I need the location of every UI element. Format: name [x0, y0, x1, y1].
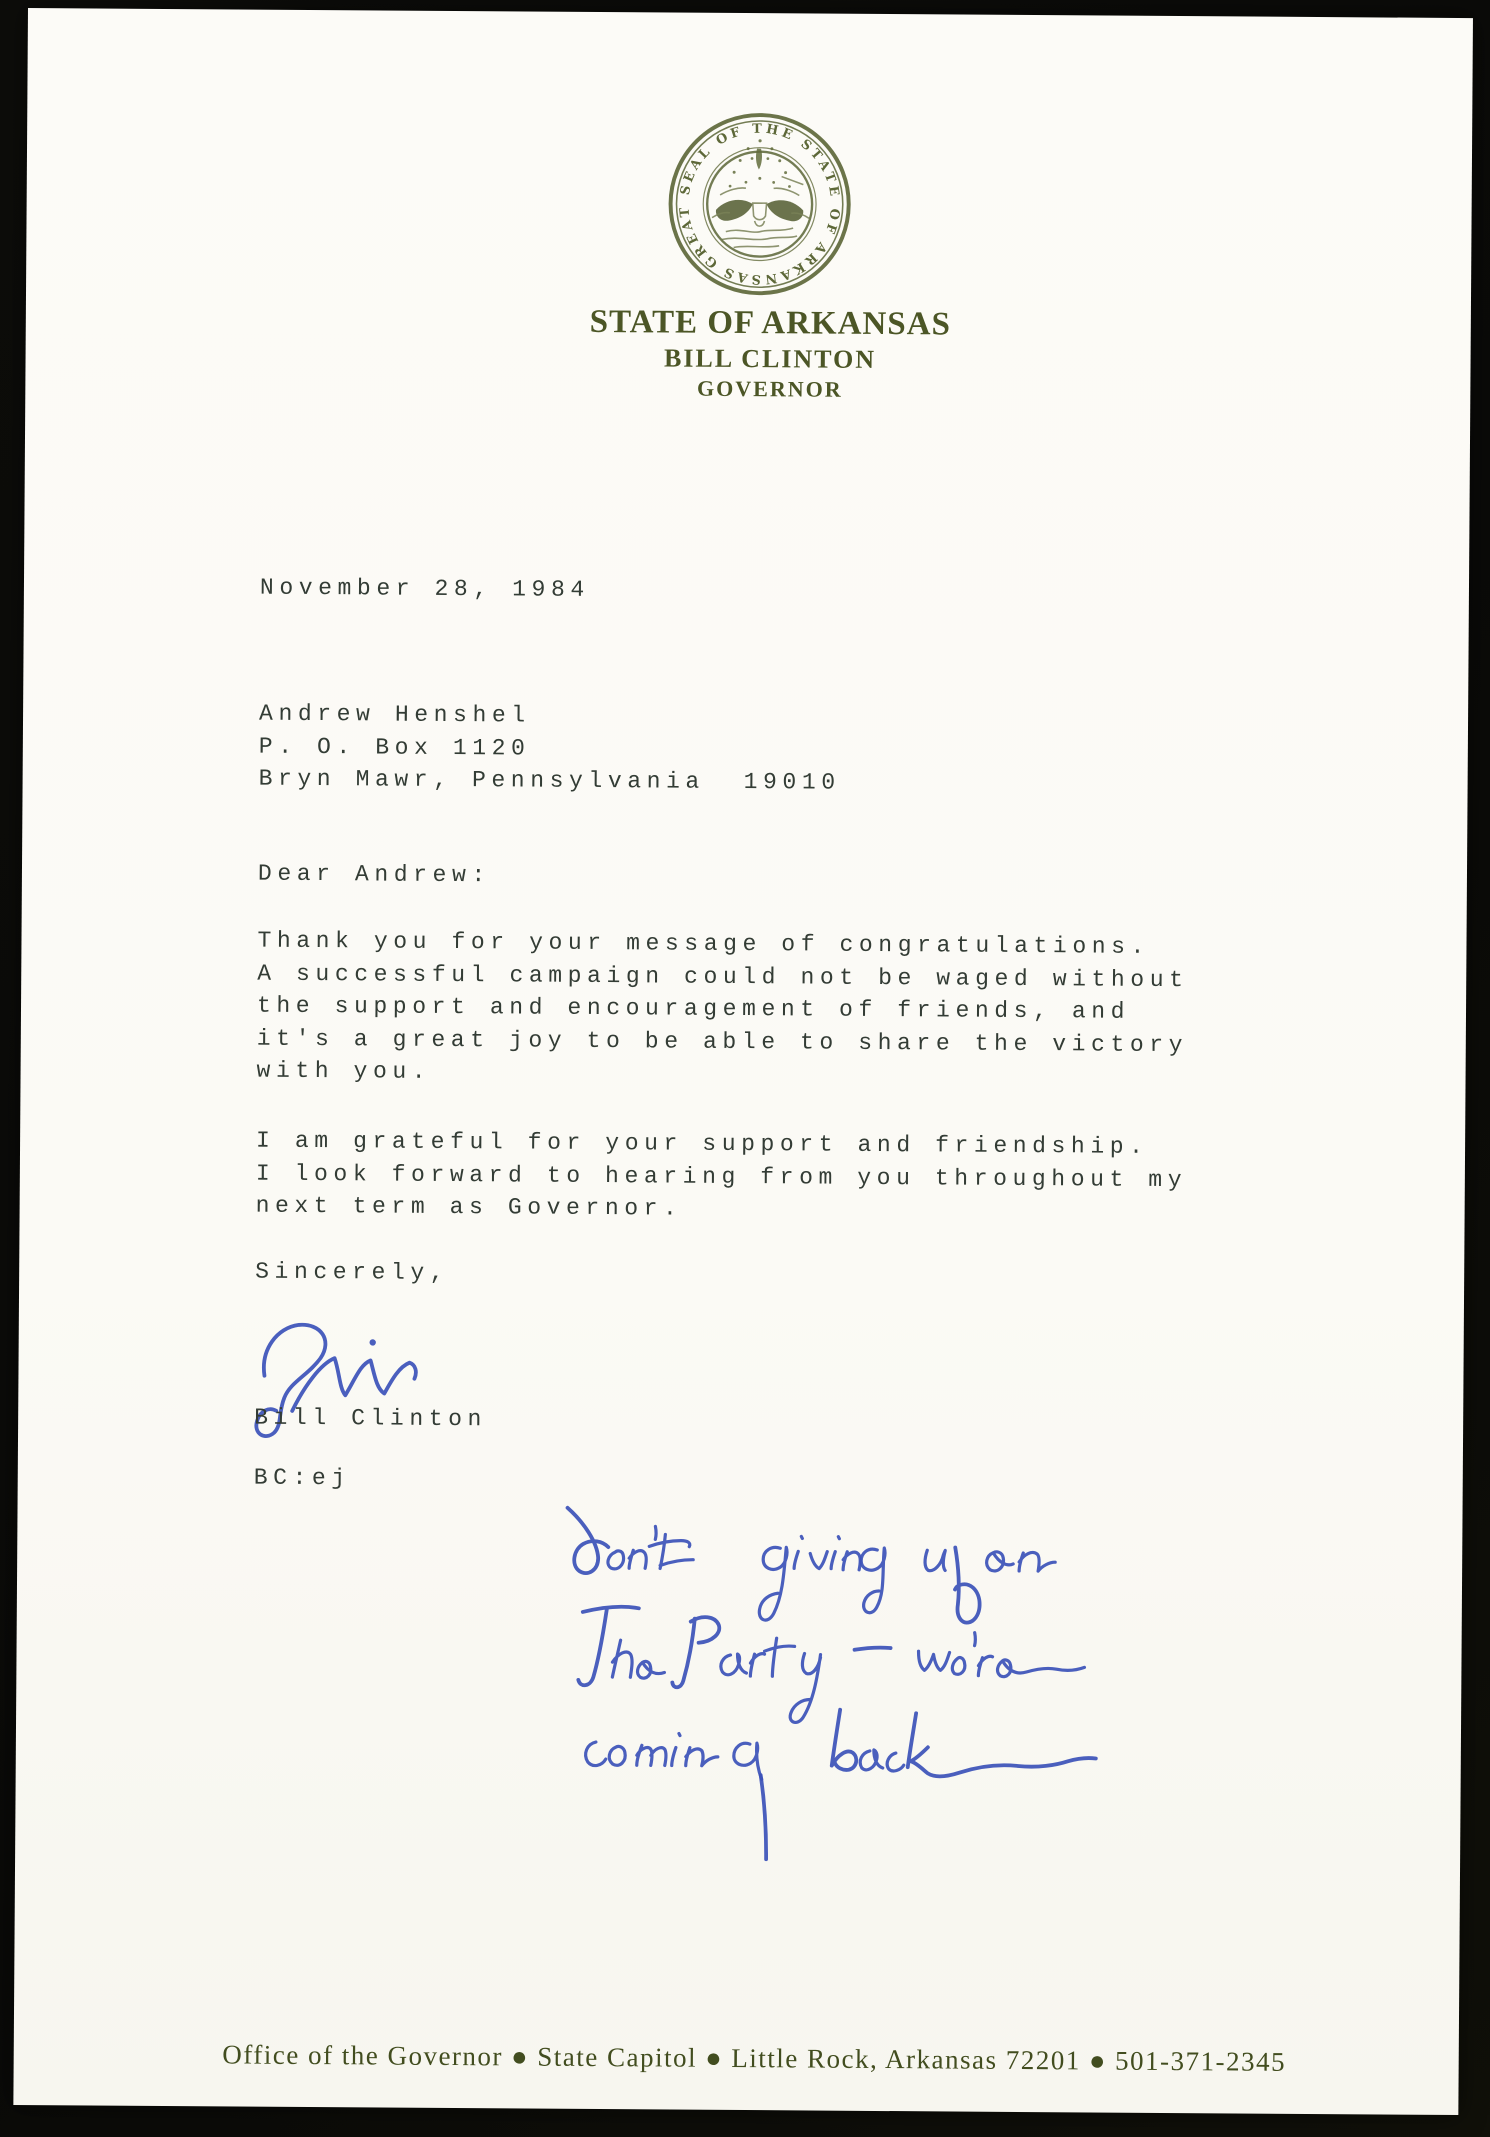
letter-paper: GREAT SEAL OF THE STATE OF ARKANSAS: [13, 8, 1473, 2115]
scanned-letter: GREAT SEAL OF THE STATE OF ARKANSAS: [0, 0, 1490, 2137]
arkansas-state-seal-icon: GREAT SEAL OF THE STATE OF ARKANSAS: [664, 108, 855, 299]
svg-text:GREAT SEAL OF THE STATE OF ARK: GREAT SEAL OF THE STATE OF ARKANSAS: [664, 108, 855, 299]
handwritten-note: [553, 1490, 1118, 1878]
seal-circular-text: GREAT SEAL OF THE STATE OF ARKANSAS: [664, 108, 855, 299]
recipient-address: Andrew Henshel P. O. Box 1120 Bryn Mawr,…: [259, 698, 842, 800]
body-paragraph-2: I am grateful for your support and frien…: [256, 1125, 1188, 1229]
salutation: Dear Andrew:: [258, 858, 491, 892]
typist-initials: BC:ej: [254, 1462, 351, 1495]
letter-date: November 28, 1984: [260, 572, 590, 607]
footer-address-line: Office of the Governor ● State Capitol ●…: [32, 2038, 1477, 2079]
closing: Sincerely,: [255, 1256, 449, 1290]
seal-emblem: [712, 139, 810, 248]
typed-signature-name: Bill Clinton: [254, 1402, 487, 1436]
body-paragraph-1: Thank you for your message of congratula…: [256, 925, 1188, 1094]
